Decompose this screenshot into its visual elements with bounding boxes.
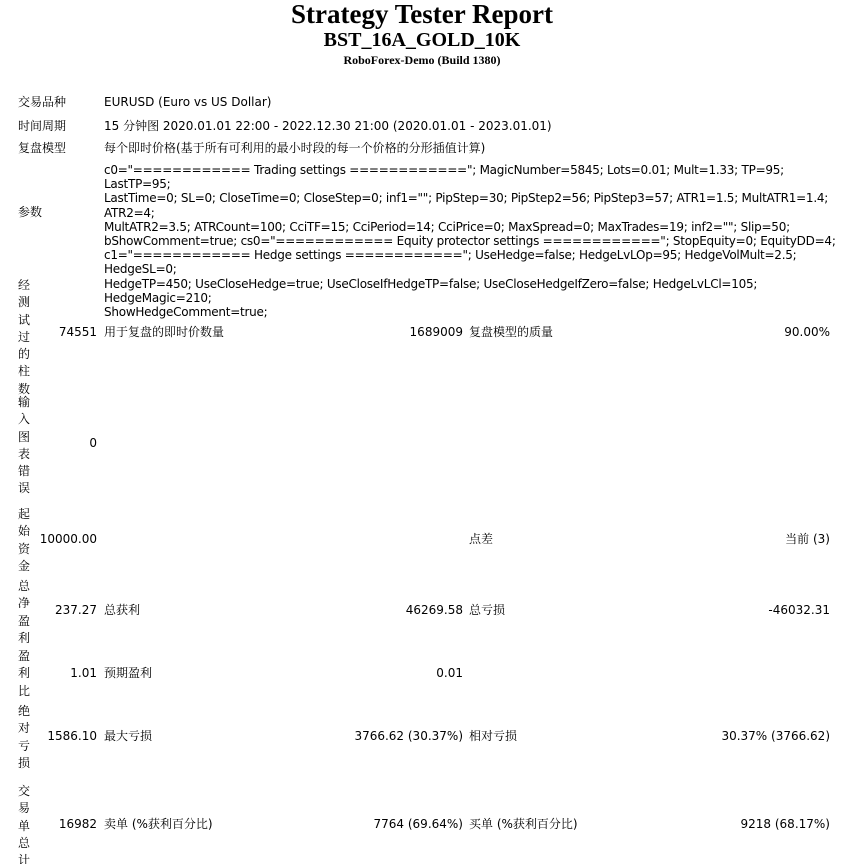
model-value: 每个即时价格(基于所有可利用的最小时段的每一个价格的分形插值计算) [104,141,485,155]
stat-label-3: 总亏损 [469,603,505,617]
stat-label-3: 复盘模型的质量 [469,325,553,339]
stat-label-2: 卖单 (%获利百分比) [104,817,213,831]
symbol-value: EURUSD (Euro vs US Dollar) [104,95,271,109]
stat-value: 0 [30,436,97,450]
stat-label-2: 预期盈利 [104,666,152,680]
params-value: c0="============ Trading settings ======… [104,163,840,319]
period-value: 15 分钟图 2020.01.01 22:00 - 2022.12.30 21:… [104,119,552,133]
stat-value: 1.01 [30,666,97,680]
period-label: 时间周期 [18,119,98,133]
stat-value-3: 30.37% (3766.62) [560,729,830,743]
stat-value-2: 46269.58 [250,603,463,617]
stat-value: 1586.10 [30,729,97,743]
stat-value-3: 90.00% [560,325,830,339]
stat-value: 74551 [30,325,97,339]
stat-value-3: -46032.31 [560,603,830,617]
expert-name: BST_16A_GOLD_10K [0,28,844,52]
stat-label-3: 点差 [469,532,493,546]
symbol-label: 交易品种 [18,95,98,109]
stat-value-2: 7764 (69.64%) [250,817,463,831]
model-label: 复盘模型 [18,141,98,155]
stat-label-2: 用于复盘的即时价数量 [104,325,224,339]
stat-value-2: 0.01 [250,666,463,680]
stat-label-2: 最大亏损 [104,729,152,743]
stat-value-3: 当前 (3) [560,532,830,546]
stat-value-3: 9218 (68.17%) [560,817,830,831]
params-label: 参数 [18,205,98,219]
stat-value: 237.27 [30,603,97,617]
stat-value: 10000.00 [30,532,97,546]
stat-value: 16982 [30,817,97,831]
stat-value-2: 3766.62 (30.37%) [250,729,463,743]
stat-value-2: 1689009 [250,325,463,339]
report-title: Strategy Tester Report [0,0,844,30]
server-build: RoboForex-Demo (Build 1380) [0,52,844,68]
stat-label-3: 相对亏损 [469,729,517,743]
stat-label-2: 总获利 [104,603,140,617]
